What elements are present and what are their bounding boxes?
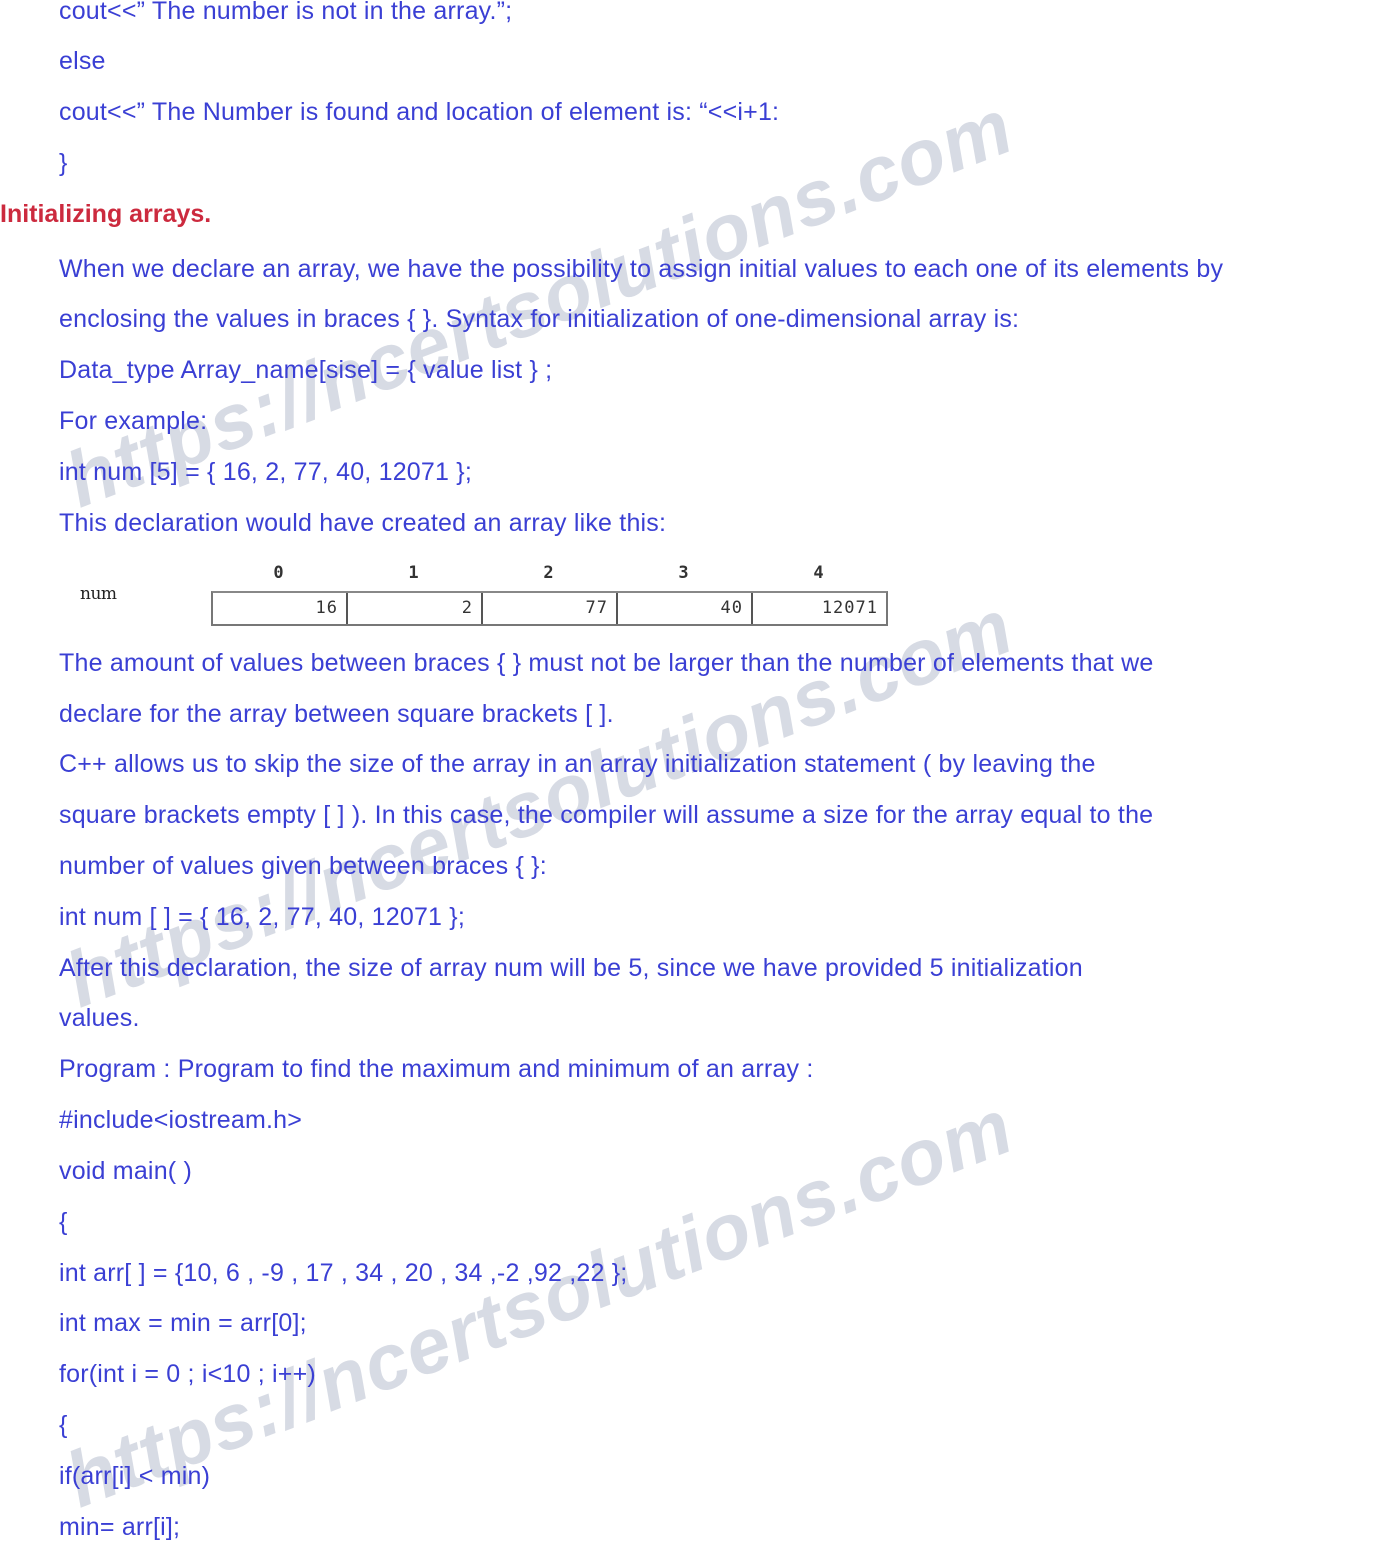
code-line: cout<<” The number is not in the array.”… bbox=[59, 0, 512, 26]
code-line: } bbox=[59, 148, 68, 178]
code-line: int num [5] = { 16, 2, 77, 40, 12071 }; bbox=[59, 457, 472, 487]
program-title: Program : Program to find the maximum an… bbox=[59, 1054, 814, 1084]
array-cell: 77 bbox=[483, 593, 618, 624]
text-line: This declaration would have created an a… bbox=[59, 508, 666, 538]
syntax-line: Data_type Array_name[sise] = { value lis… bbox=[59, 355, 552, 385]
array-index: 0 bbox=[211, 563, 346, 583]
code-line: { bbox=[59, 1410, 68, 1440]
code-line: void main( ) bbox=[59, 1156, 192, 1186]
text-line: number of values given between braces { … bbox=[59, 851, 547, 881]
array-cell: 12071 bbox=[753, 593, 886, 624]
array-index: 2 bbox=[481, 563, 616, 583]
code-line: cout<<” The Number is found and location… bbox=[59, 97, 779, 127]
array-cell: 2 bbox=[348, 593, 483, 624]
text-line: declare for the array between square bra… bbox=[59, 699, 614, 729]
text-line: The amount of values between braces { } … bbox=[59, 648, 1153, 678]
code-line: min= arr[i]; bbox=[59, 1512, 180, 1542]
array-cell: 40 bbox=[618, 593, 753, 624]
code-line: if(arr[i] < min) bbox=[59, 1461, 210, 1491]
text-line: square brackets empty [ ] ). In this cas… bbox=[59, 800, 1153, 830]
text-line: After this declaration, the size of arra… bbox=[59, 953, 1083, 983]
section-heading: Initializing arrays. bbox=[0, 199, 211, 229]
text-line: When we declare an array, we have the po… bbox=[59, 254, 1223, 284]
text-line: enclosing the values in braces { }. Synt… bbox=[59, 304, 1019, 334]
code-line: int arr[ ] = {10, 6 , -9 , 17 , 34 , 20 … bbox=[59, 1258, 627, 1288]
code-line: int num [ ] = { 16, 2, 77, 40, 12071 }; bbox=[59, 902, 465, 932]
code-line: { bbox=[59, 1207, 68, 1237]
code-line: for(int i = 0 ; i<10 ; i++) bbox=[59, 1359, 316, 1389]
array-cell: 16 bbox=[213, 593, 348, 624]
watermark: https://ncertsolutions.com bbox=[54, 1081, 1025, 1526]
document-page: https://ncertsolutions.com https://ncert… bbox=[0, 0, 1379, 1543]
array-cells: 16 2 77 40 12071 bbox=[211, 591, 888, 626]
array-index: 4 bbox=[751, 563, 886, 583]
code-line: int max = min = arr[0]; bbox=[59, 1308, 307, 1338]
text-line: values. bbox=[59, 1003, 140, 1033]
text-line: For example: bbox=[59, 406, 207, 436]
code-line: else bbox=[59, 46, 106, 76]
text-line: C++ allows us to skip the size of the ar… bbox=[59, 749, 1096, 779]
array-name-label: num bbox=[80, 584, 117, 604]
array-index: 1 bbox=[346, 563, 481, 583]
code-line: #include<iostream.h> bbox=[59, 1105, 302, 1135]
array-index-row: 0 1 2 3 4 bbox=[211, 563, 886, 583]
array-index: 3 bbox=[616, 563, 751, 583]
